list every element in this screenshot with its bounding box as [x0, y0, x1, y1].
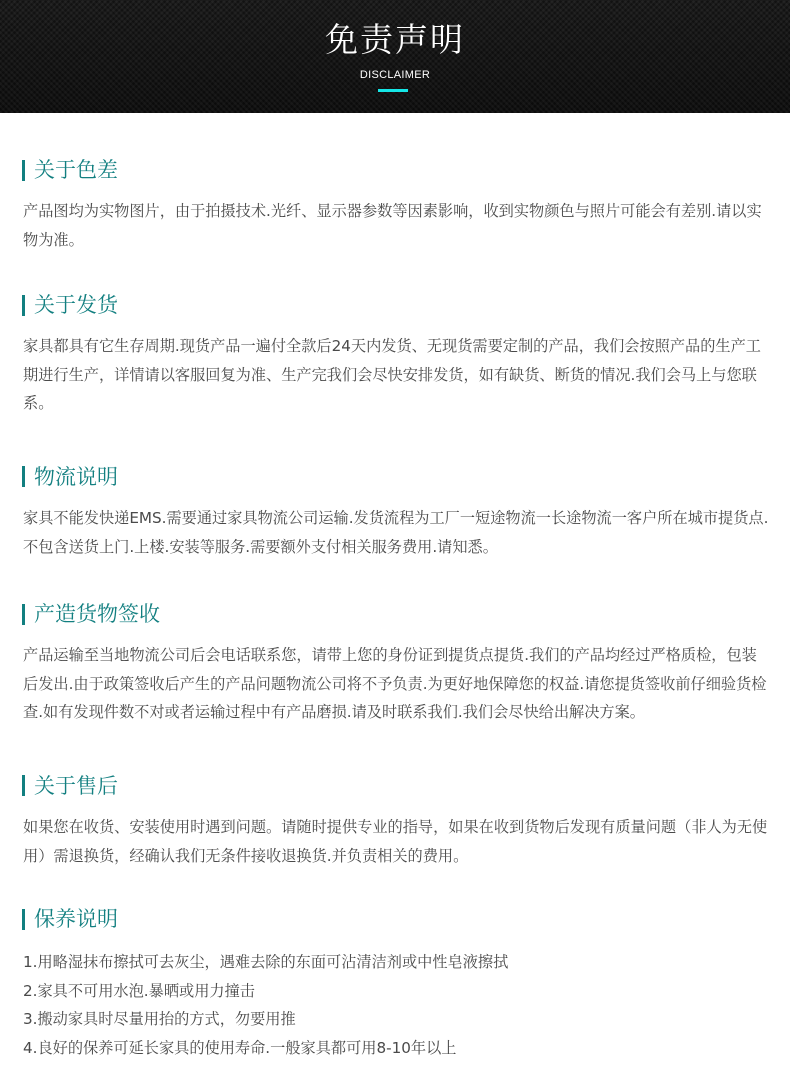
section-body: 家具不能发快递EMS.需要通过家具物流公司运输.发货流程为工厂一短途物流一长途物…	[22, 504, 770, 561]
section-goods-receipt: 产造货物签收 产品运输至当地物流公司后会电话联系您，请带上您的身份证到提货点提货…	[22, 599, 770, 727]
heading-accent-bar	[22, 160, 25, 181]
section-title: 产造货物签收	[34, 599, 160, 629]
section-after-sales: 关于售后 如果您在收货、安装使用时遇到问题。请随时提供专业的指导，如果在收到货物…	[22, 771, 770, 870]
section-title: 保养说明	[34, 904, 118, 934]
section-paragraph: 家具不能发快递EMS.需要通过家具物流公司运输.发货流程为工厂一短途物流一长途物…	[23, 504, 770, 561]
heading-accent-bar	[22, 775, 25, 796]
section-body: 家具都具有它生存周期.现货产品一遍付全款后24天内发货、无现货需要定制的产品，我…	[22, 332, 770, 418]
section-color-difference: 关于色差 产品图均为实物图片，由于拍摄技术.光纤、显示器参数等因素影响，收到实物…	[22, 155, 770, 254]
section-heading: 关于售后	[22, 771, 770, 801]
disclaimer-banner: 免责声明 DISCLAIMER	[0, 0, 790, 113]
section-shipping: 关于发货 家具都具有它生存周期.现货产品一遍付全款后24天内发货、无现货需要定制…	[22, 290, 770, 418]
section-paragraph: 如果您在收货、安装使用时遇到问题。请随时提供专业的指导，如果在收到货物后发现有质…	[23, 813, 770, 870]
page-subtitle: DISCLAIMER	[0, 68, 790, 82]
maintenance-item: 1.用略湿抹布擦拭可去灰尘，遇难去除的东面可沾清洁剂或中性皂液擦拭	[23, 948, 770, 977]
section-paragraph: 家具都具有它生存周期.现货产品一遍付全款后24天内发货、无现货需要定制的产品，我…	[23, 332, 770, 418]
section-heading: 物流说明	[22, 462, 770, 492]
maintenance-item: 3.搬动家具时尽量用抬的方式，勿要用推	[23, 1005, 770, 1034]
page-title: 免责声明	[0, 18, 790, 62]
section-logistics: 物流说明 家具不能发快递EMS.需要通过家具物流公司运输.发货流程为工厂一短途物…	[22, 462, 770, 561]
maintenance-item: 2.家具不可用水泡.暴晒或用力撞击	[23, 977, 770, 1006]
heading-accent-bar	[22, 466, 25, 487]
heading-accent-bar	[22, 295, 25, 316]
title-underline	[378, 89, 408, 92]
section-title: 关于色差	[34, 155, 118, 185]
section-paragraph: 产品运输至当地物流公司后会电话联系您，请带上您的身份证到提货点提货.我们的产品均…	[23, 641, 770, 727]
maintenance-list: 1.用略湿抹布擦拭可去灰尘，遇难去除的东面可沾清洁剂或中性皂液擦拭 2.家具不可…	[22, 948, 770, 1062]
section-title: 关于发货	[34, 290, 118, 320]
disclaimer-content: 关于色差 产品图均为实物图片，由于拍摄技术.光纤、显示器参数等因素影响，收到实物…	[0, 155, 790, 1063]
section-heading: 关于色差	[22, 155, 770, 185]
section-body: 产品运输至当地物流公司后会电话联系您，请带上您的身份证到提货点提货.我们的产品均…	[22, 641, 770, 727]
section-heading: 产造货物签收	[22, 599, 770, 629]
heading-accent-bar	[22, 909, 25, 930]
section-heading: 保养说明	[22, 904, 770, 934]
section-maintenance: 保养说明 1.用略湿抹布擦拭可去灰尘，遇难去除的东面可沾清洁剂或中性皂液擦拭 2…	[22, 904, 770, 1062]
section-paragraph: 产品图均为实物图片，由于拍摄技术.光纤、显示器参数等因素影响，收到实物颜色与照片…	[23, 197, 770, 254]
section-heading: 关于发货	[22, 290, 770, 320]
section-body: 如果您在收货、安装使用时遇到问题。请随时提供专业的指导，如果在收到货物后发现有质…	[22, 813, 770, 870]
maintenance-item: 4.良好的保养可延长家具的使用寿命.一般家具都可用8-10年以上	[23, 1034, 770, 1063]
section-body: 产品图均为实物图片，由于拍摄技术.光纤、显示器参数等因素影响，收到实物颜色与照片…	[22, 197, 770, 254]
section-title: 物流说明	[34, 462, 118, 492]
heading-accent-bar	[22, 604, 25, 625]
section-title: 关于售后	[34, 771, 118, 801]
